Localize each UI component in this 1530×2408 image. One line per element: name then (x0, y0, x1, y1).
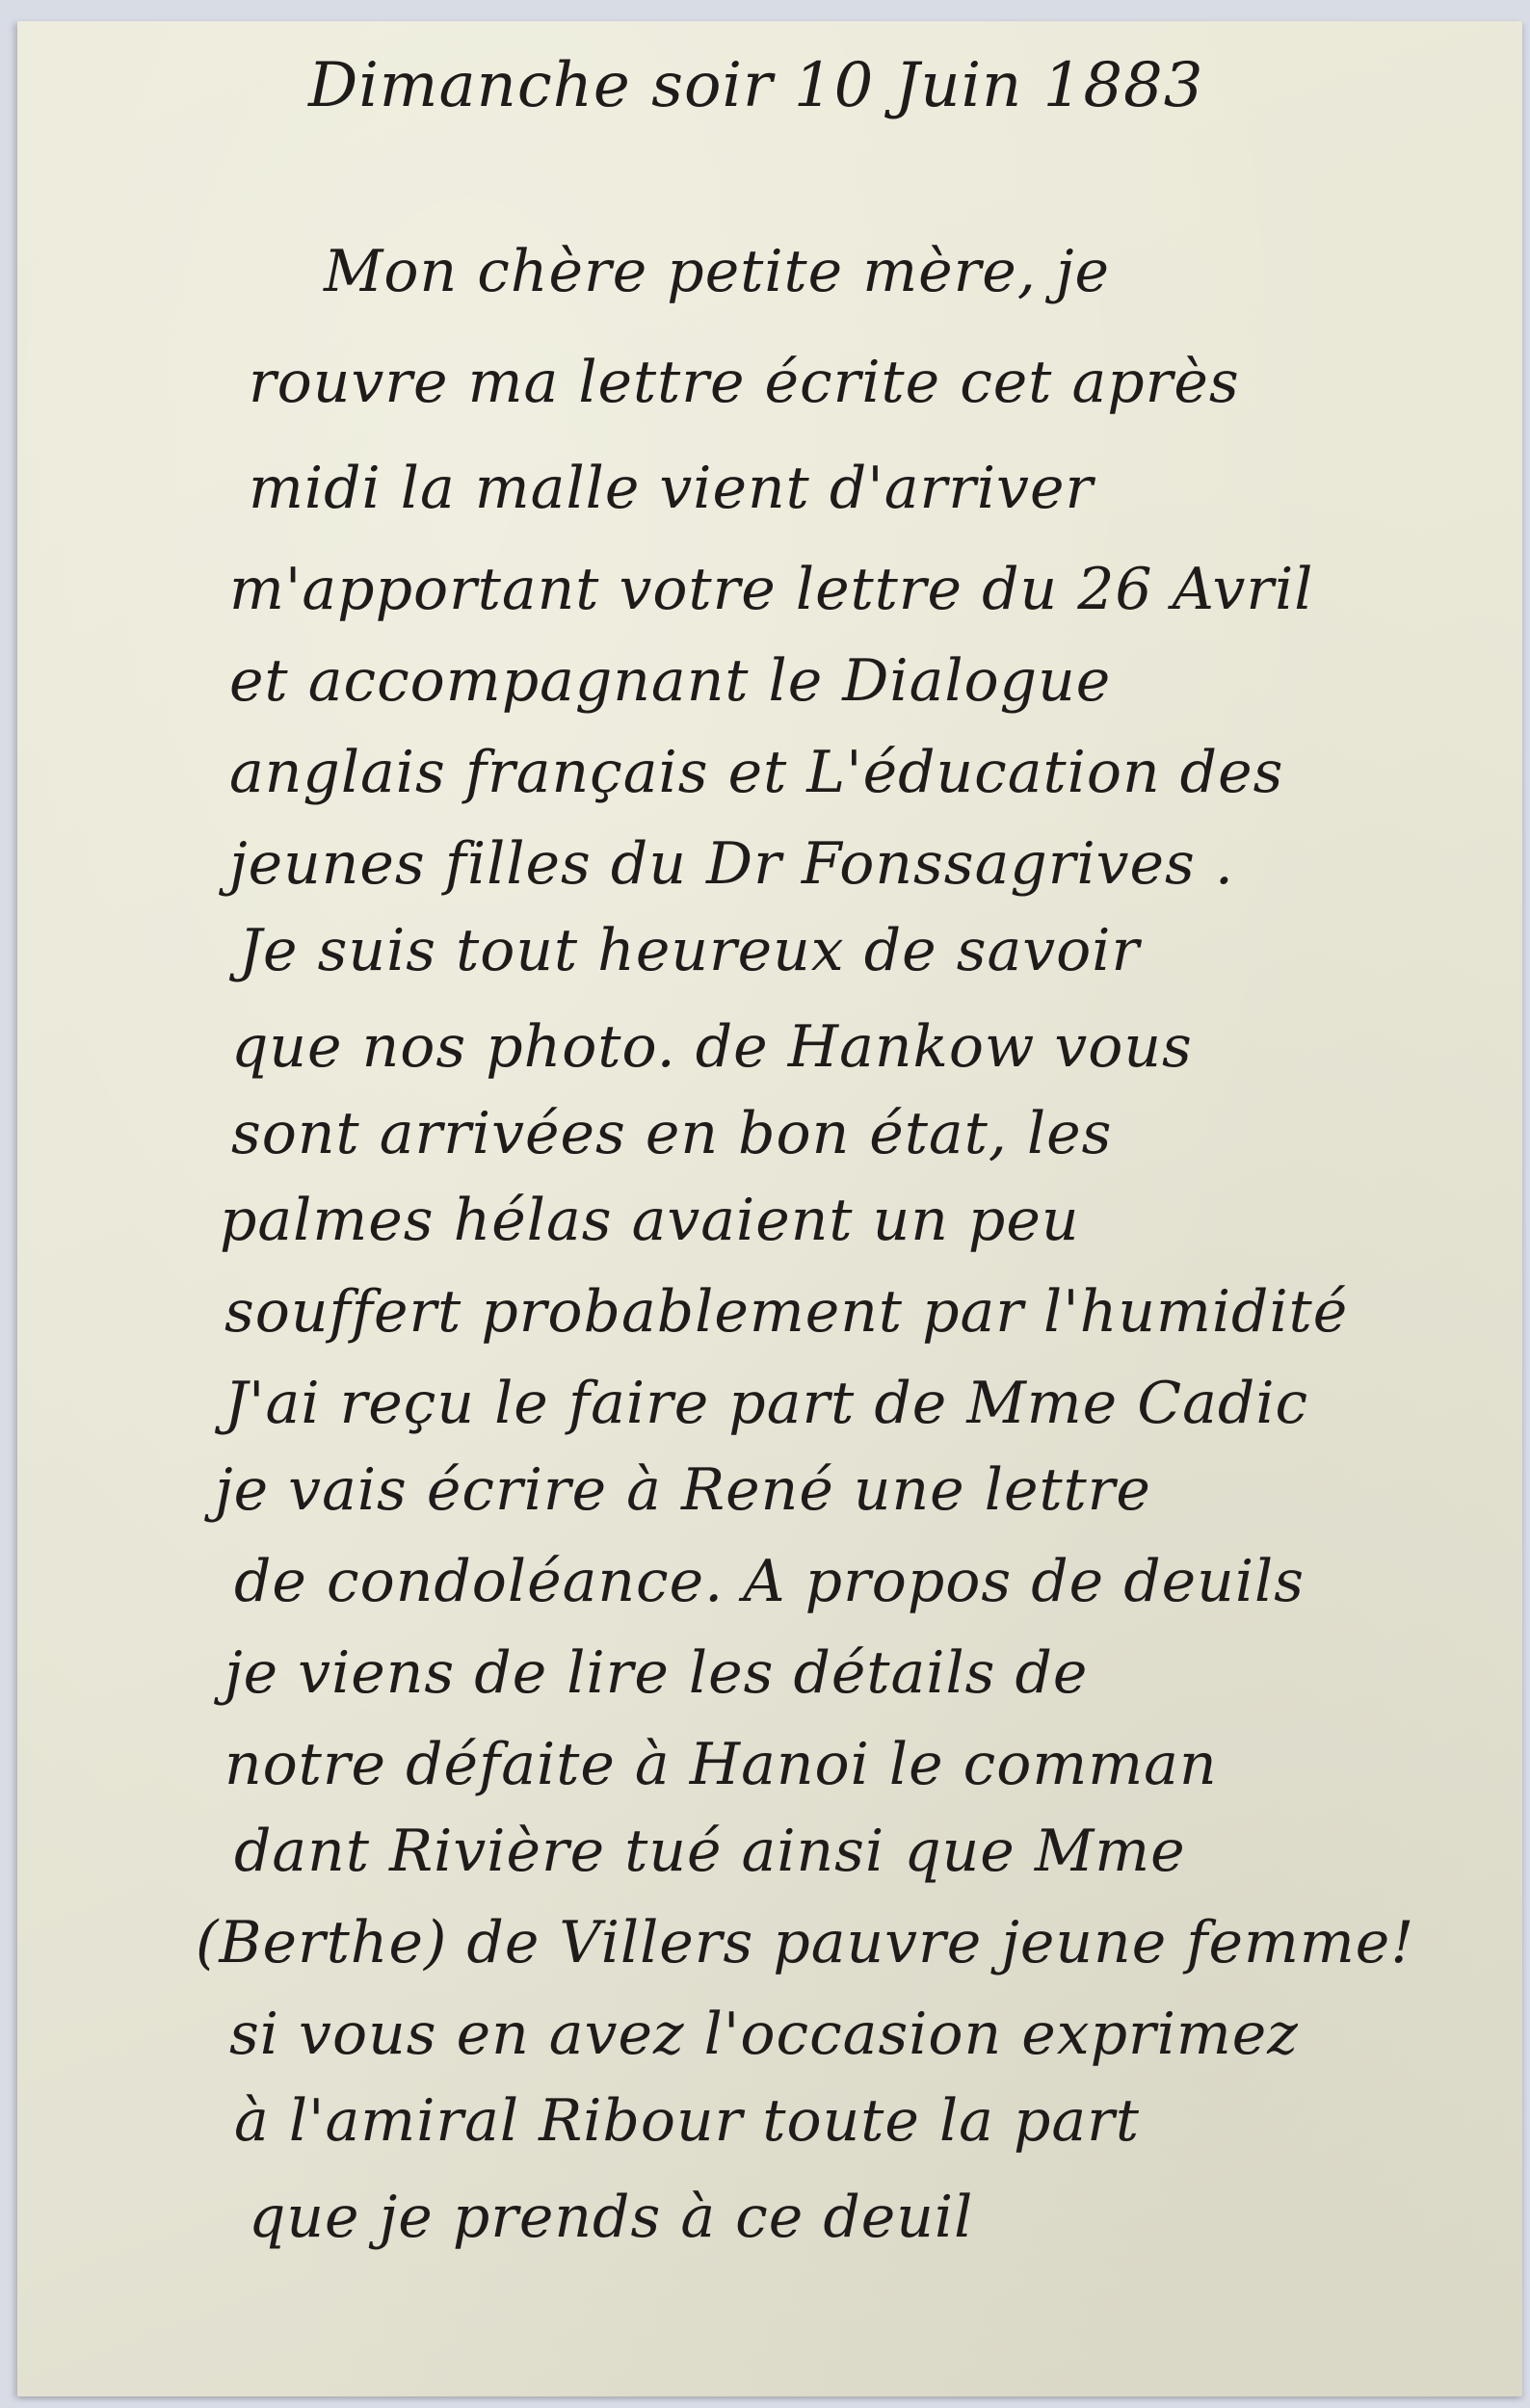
letter-line-1: Mon chère petite mère, je (324, 243, 1110, 301)
letter-line-4: m'apportant votre lettre du 26 Avril (229, 561, 1313, 618)
letter-line-21: à l'amiral Ribour toute la part (234, 2092, 1140, 2150)
letter-line-12: souffert probablement par l'humidité (224, 1283, 1348, 1341)
letter-line-3: midi la malle vient d'arriver (249, 459, 1094, 517)
letter-line-11: palmes hélas avaient un peu (220, 1191, 1080, 1249)
letter-line-9: que nos photo. de Hankow vous (231, 1018, 1193, 1076)
letter-line-10: sont arrivées en bon état, les (231, 1105, 1112, 1163)
letter-line-13: J'ai reçu le faire part de Mme Cadic (224, 1374, 1308, 1432)
letter-line-6: anglais français et L'éducation des (229, 744, 1283, 801)
letter-line-16: je viens de lire les détails de (224, 1644, 1088, 1702)
letter-date: Dimanche soir 10 Juin 1883 (308, 55, 1203, 117)
letter-line-17: notre défaite à Hanoi le comman (224, 1736, 1218, 1793)
letter-line-20: si vous en avez l'occasion exprimez (229, 2005, 1299, 2063)
letter-line-2: rouvre ma lettre écrite cet après (249, 353, 1240, 411)
letter-line-19: (Berthe) de Villers pauvre jeune femme! (196, 1914, 1414, 1972)
letter-line-8: Je suis tout heureux de savoir (239, 922, 1140, 980)
letter-line-7: jeunes filles du Dr Fonssagrives . (229, 835, 1234, 893)
letter-line-14: je vais écrire à René une lettre (215, 1461, 1151, 1519)
letter-page: Dimanche soir 10 Juin 1883 Mon chère pet… (17, 21, 1522, 2396)
letter-line-5: et accompagnant le Dialogue (229, 652, 1111, 710)
letter-line-22: que je prends à ce deuil (249, 2188, 973, 2246)
letter-line-15: de condoléance. A propos de deuils (234, 1553, 1305, 1610)
letter-line-18: dant Rivière tué ainsi que Mme (234, 1822, 1186, 1880)
